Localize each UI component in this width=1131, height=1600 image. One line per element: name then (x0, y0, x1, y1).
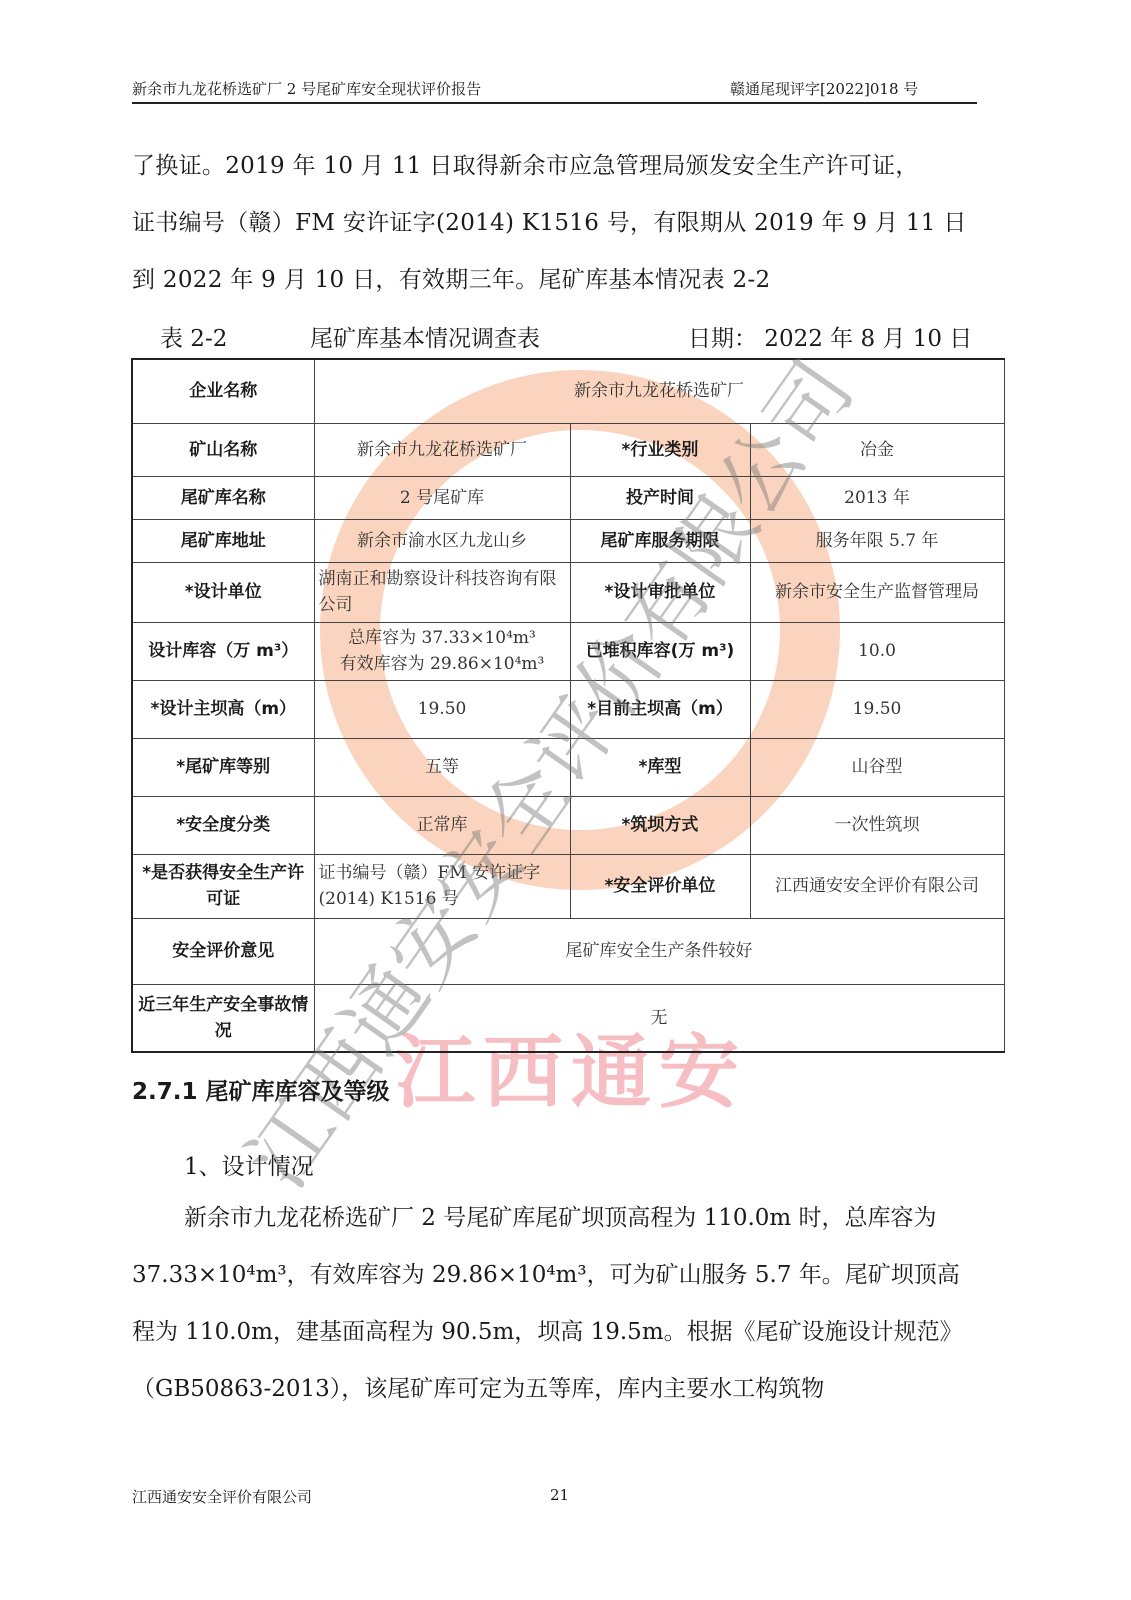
cell-value: 新余市渝水区九龙山乡 (314, 519, 570, 562)
cell-value: 新余市九龙花桥选矿厂 (314, 423, 570, 476)
table-title: 尾矿库基本情况调查表 (310, 320, 540, 353)
table-row: *设计主坝高（m） 19.50 *目前主坝高（m） 19.50 (132, 680, 1004, 738)
cell-value: 新余市安全生产监督管理局 (750, 562, 1004, 622)
page-number: 21 (550, 1486, 569, 1504)
page-header: 新余市九龙花桥选矿厂 2 号尾矿库安全现状评价报告 赣通尾现评字[2022]01… (132, 78, 977, 104)
cell-label: *筑坝方式 (570, 796, 750, 854)
cell-label: *设计审批单位 (570, 562, 750, 622)
cell-label: 设计库容（万 m³） (132, 622, 314, 680)
cell-label: *尾矿库等别 (132, 738, 314, 796)
table-row: *设计单位 湖南正和勘察设计科技咨询有限公司 *设计审批单位 新余市安全生产监督… (132, 562, 1004, 622)
table-date: 日期： 2022 年 8 月 10 日 (688, 320, 972, 353)
table-row: 近三年生产安全事故情况 无 (132, 984, 1004, 1052)
cell-label: *设计主坝高（m） (132, 680, 314, 738)
opinion-value: 尾矿库安全生产条件较好 (314, 918, 1004, 984)
cell-label: 矿山名称 (132, 423, 314, 476)
cell-value: 10.0 (750, 622, 1004, 680)
cell-label: 尾矿库名称 (132, 476, 314, 519)
enterprise-name-label: 企业名称 (132, 359, 314, 423)
footer-company: 江西通安安全评价有限公司 (132, 1488, 312, 1506)
table-row: 尾矿库地址 新余市渝水区九龙山乡 尾矿库服务期限 服务年限 5.7 年 (132, 519, 1004, 562)
cell-label: 已堆积库容(万 m³) (570, 622, 750, 680)
table-row: 矿山名称 新余市九龙花桥选矿厂 *行业类别 冶金 (132, 423, 1004, 476)
cell-value: 五等 (314, 738, 570, 796)
cell-label: *目前主坝高（m） (570, 680, 750, 738)
cell-label: *库型 (570, 738, 750, 796)
intro-line-2: 证书编号（赣）FM 安许证字(2014) K1516 号，有限期从 2019 年… (132, 195, 977, 252)
cell-value: 冶金 (750, 423, 1004, 476)
cell-value: 服务年限 5.7 年 (750, 519, 1004, 562)
cell-value: 江西通安安全评价有限公司 (750, 854, 1004, 918)
table-row: *是否获得安全生产许可证 证书编号（赣）FM 安许证字(2014) K1516 … (132, 854, 1004, 918)
cell-label: *安全度分类 (132, 796, 314, 854)
cell-label: *是否获得安全生产许可证 (132, 854, 314, 918)
cell-value: 正常库 (314, 796, 570, 854)
opinion-label: 安全评价意见 (132, 918, 314, 984)
cell-label: 投产时间 (570, 476, 750, 519)
cell-value: 湖南正和勘察设计科技咨询有限公司 (314, 562, 570, 622)
effective-capacity: 有效库容为 29.86×10⁴m³ (319, 651, 566, 677)
section-body: 新余市九龙花桥选矿厂 2 号尾矿库尾矿坝顶高程为 110.0m 时，总库容为 3… (132, 1190, 977, 1418)
cell-label: 尾矿库服务期限 (570, 519, 750, 562)
tailings-info-table: 企业名称 新余市九龙花桥选矿厂 矿山名称 新余市九龙花桥选矿厂 *行业类别 冶金… (131, 358, 1005, 1053)
cell-value: 山谷型 (750, 738, 1004, 796)
subsection-heading: 1、设计情况 (184, 1148, 314, 1181)
doc-number: 赣通尾现评字[2022]018 号 (730, 78, 918, 99)
cell-label: *安全评价单位 (570, 854, 750, 918)
page-footer: 江西通安安全评价有限公司 21 (132, 1486, 977, 1507)
total-capacity: 总库容为 37.33×10⁴m³ (319, 625, 566, 651)
table-row: *安全度分类 正常库 *筑坝方式 一次性筑坝 (132, 796, 1004, 854)
cell-label: *设计单位 (132, 562, 314, 622)
intro-line-3: 到 2022 年 9 月 10 日，有效期三年。尾矿库基本情况表 2-2 (132, 252, 977, 309)
cell-value: 19.50 (314, 680, 570, 738)
table-number: 表 2-2 (160, 320, 227, 353)
cell-value: 19.50 (750, 680, 1004, 738)
cell-value: 证书编号（赣）FM 安许证字(2014) K1516 号 (314, 854, 570, 918)
table-row: 企业名称 新余市九龙花桥选矿厂 (132, 359, 1004, 423)
accidents-value: 无 (314, 984, 1004, 1052)
table-row: 安全评价意见 尾矿库安全生产条件较好 (132, 918, 1004, 984)
intro-line-1: 了换证。2019 年 10 月 11 日取得新余市应急管理局颁发安全生产许可证， (132, 138, 977, 195)
section-heading: 2.7.1 尾矿库库容及等级 (132, 1073, 390, 1106)
cell-value: 2 号尾矿库 (314, 476, 570, 519)
report-title: 新余市九龙花桥选矿厂 2 号尾矿库安全现状评价报告 (132, 78, 481, 99)
cell-label: *行业类别 (570, 423, 750, 476)
enterprise-name-value: 新余市九龙花桥选矿厂 (314, 359, 1004, 423)
cell-label: 尾矿库地址 (132, 519, 314, 562)
cell-value: 一次性筑坝 (750, 796, 1004, 854)
accidents-label: 近三年生产安全事故情况 (132, 984, 314, 1052)
cell-value: 2013 年 (750, 476, 1004, 519)
table-row: 尾矿库名称 2 号尾矿库 投产时间 2013 年 (132, 476, 1004, 519)
table-row: *尾矿库等别 五等 *库型 山谷型 (132, 738, 1004, 796)
table-row: 设计库容（万 m³） 总库容为 37.33×10⁴m³ 有效库容为 29.86×… (132, 622, 1004, 680)
cell-value: 总库容为 37.33×10⁴m³ 有效库容为 29.86×10⁴m³ (314, 622, 570, 680)
